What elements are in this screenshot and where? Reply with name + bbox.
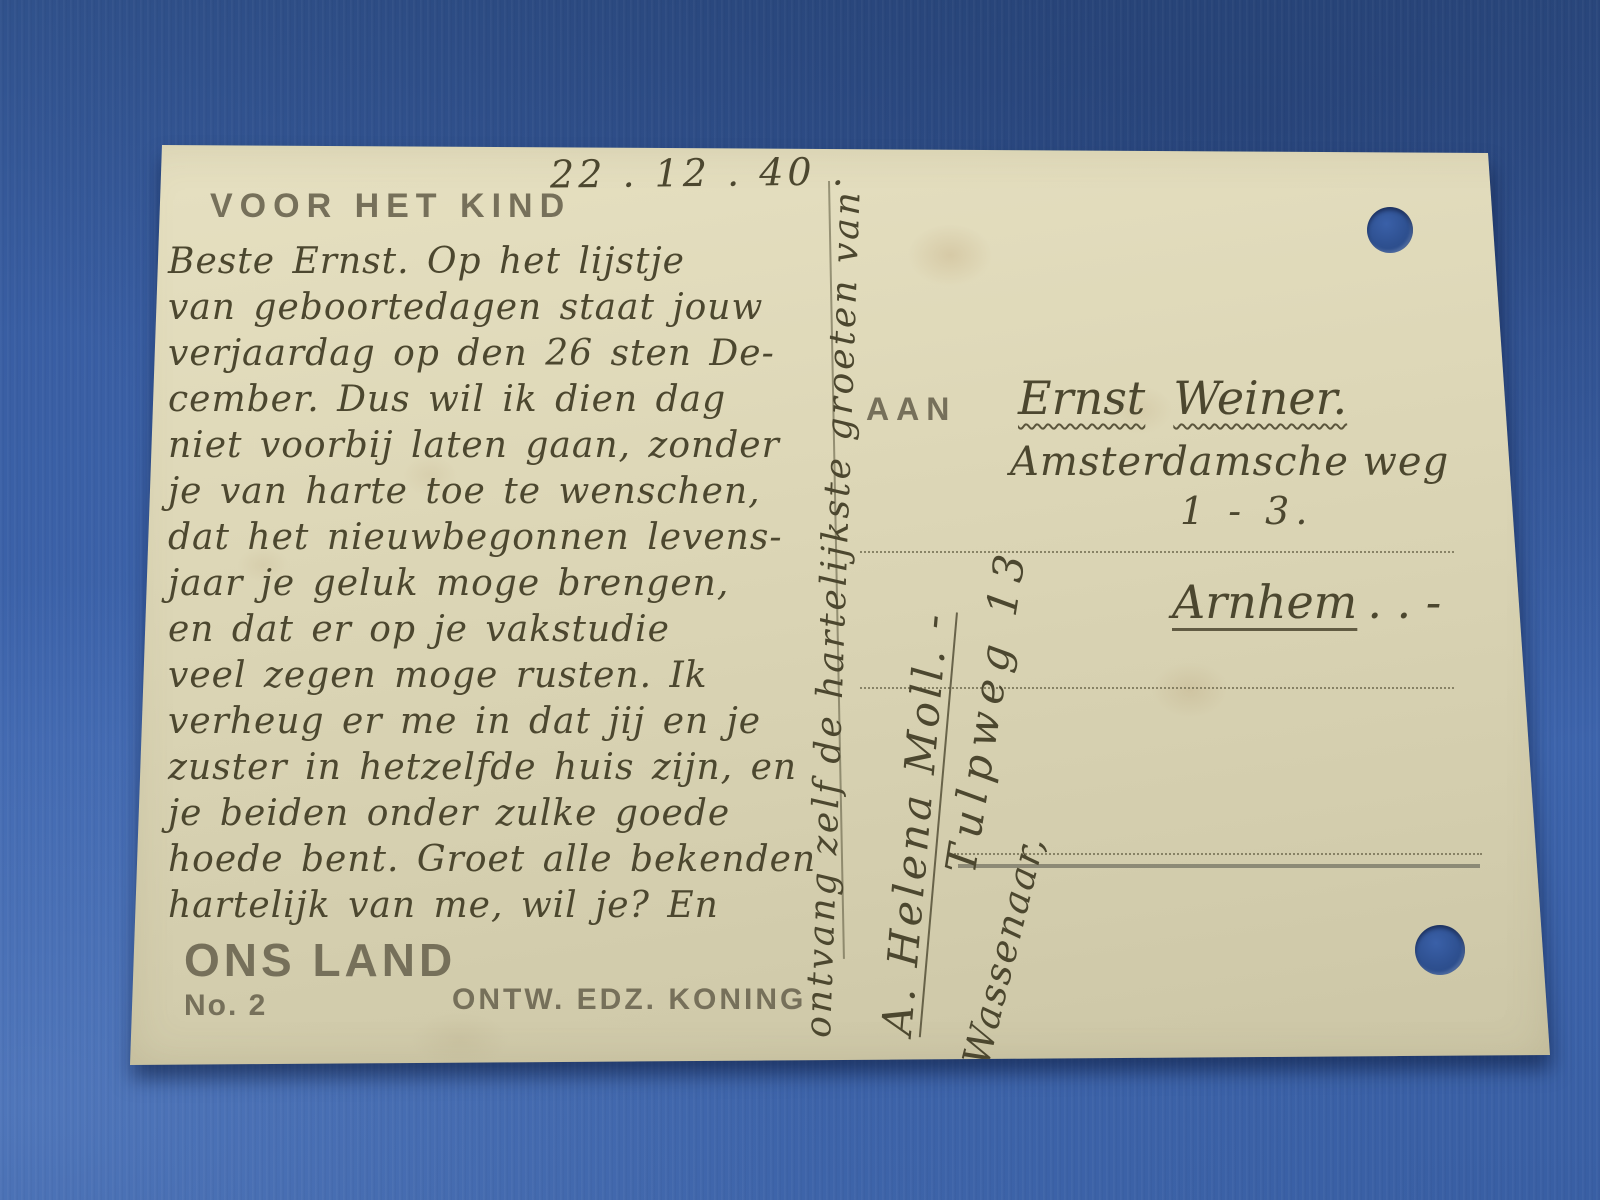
message-line: zuster in hetzelfde huis zijn, en	[168, 745, 816, 791]
recipient-house-number: 1 - 3.	[1180, 489, 1313, 533]
recipient-city: Arnhem. . -	[1172, 575, 1441, 629]
message-line: en dat er op je vakstudie	[168, 607, 816, 653]
recipient-city-dash: . . -	[1367, 575, 1441, 629]
address-label: AAN	[866, 391, 956, 428]
printed-header: VOOR HET KIND	[210, 187, 571, 226]
side-note-sender-street: Tulpweg 13	[936, 543, 1036, 876]
handwritten-date: 22 . 12 . 40 .	[550, 149, 848, 196]
series-number: No. 2	[184, 989, 267, 1023]
designer-credit: ONTW. EDZ. KONING	[452, 983, 806, 1017]
message-line: je beiden onder zulke goede	[168, 791, 816, 837]
postcard: VOOR HET KIND 22 . 12 . 40 . Beste Ernst…	[130, 145, 1550, 1065]
message-line: jaar je geluk moge brengen,	[168, 561, 816, 607]
message-line: hartelijk van me, wil je? En	[168, 883, 816, 929]
message-line: van geboortedagen staat jouw	[168, 285, 816, 331]
series-title: ONS LAND	[184, 933, 456, 987]
message-line: verjaardag op den 26 sten De-	[168, 331, 816, 377]
message-line: veel zegen moge rusten. Ik	[168, 653, 816, 699]
recipient-name: ErnstWeiner.	[1018, 371, 1375, 425]
recipient-last-name: Weiner.	[1173, 371, 1347, 425]
punch-hole-top	[1367, 207, 1413, 253]
message-line: verheug er me in dat jij en je	[168, 699, 816, 745]
message-block: Beste Ernst. Op het lijstje van geboorte…	[168, 239, 816, 929]
message-line: hoede bent. Groet alle bekenden	[168, 837, 816, 883]
address-ruled-line-1	[860, 551, 1454, 553]
message-line: cember. Dus wil ik dien dag	[168, 377, 816, 423]
postcard-back: VOOR HET KIND 22 . 12 . 40 . Beste Ernst…	[130, 145, 1550, 1065]
recipient-first-name: Ernst	[1018, 371, 1145, 425]
message-line: dat het nieuwbegonnen levens-	[168, 515, 816, 561]
message-line: niet voorbij laten gaan, zonder	[168, 423, 816, 469]
message-line: je van harte toe te wenschen,	[168, 469, 816, 515]
message-line: Beste Ernst. Op het lijstje	[168, 239, 816, 285]
recipient-city-name: Arnhem	[1172, 575, 1357, 629]
photo-background: VOOR HET KIND 22 . 12 . 40 . Beste Ernst…	[0, 0, 1600, 1200]
punch-hole-bottom	[1415, 925, 1465, 975]
recipient-street: Amsterdamsche weg	[1010, 439, 1449, 485]
